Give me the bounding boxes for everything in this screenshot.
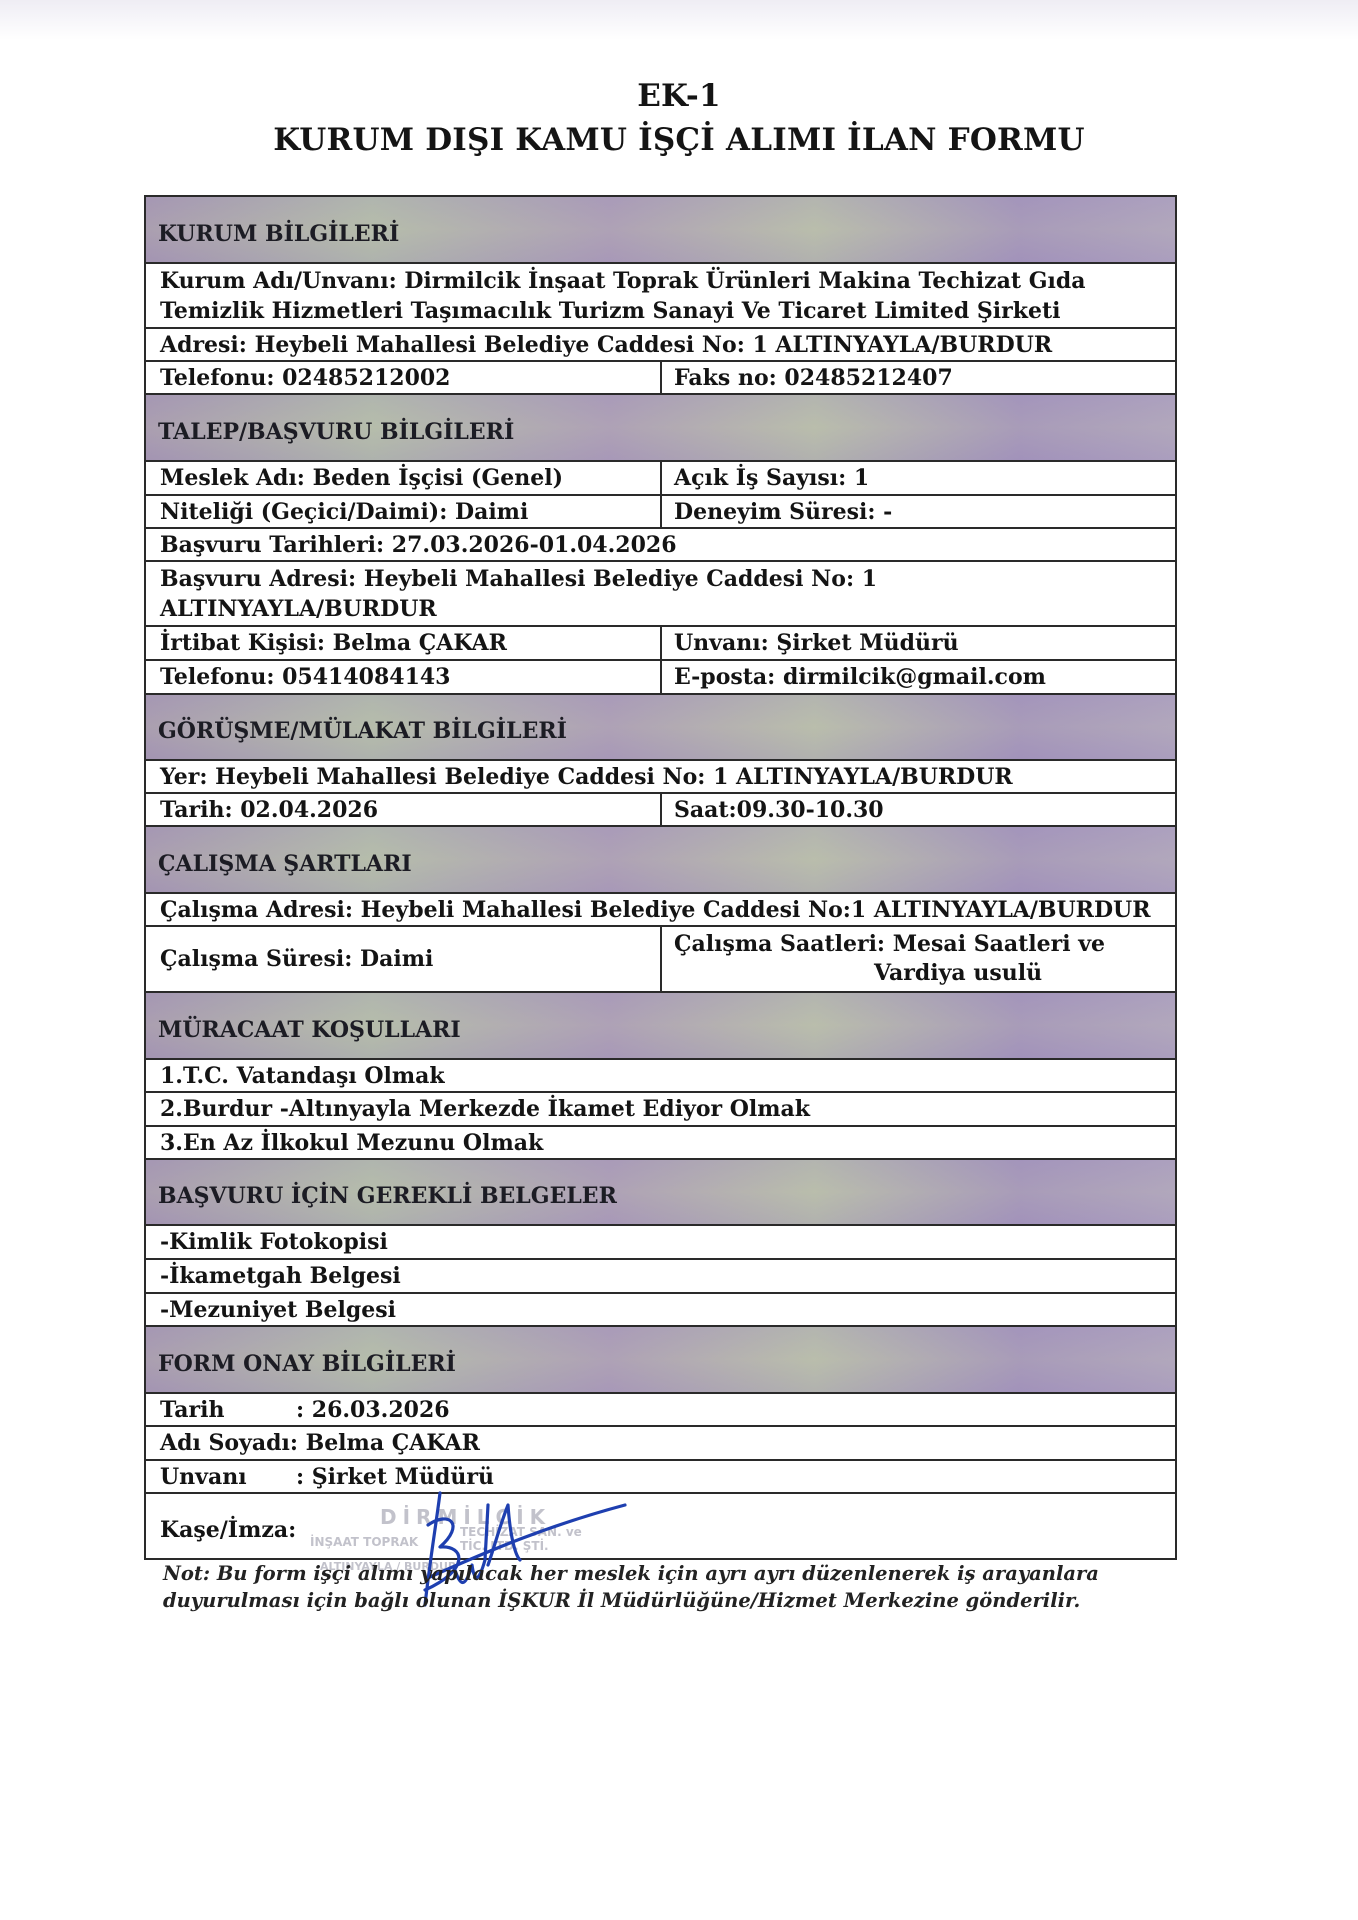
work-duration-row: Çalışma Süresi: Daimi Çalışma Saatleri: … bbox=[146, 925, 1175, 991]
section-header-talep: TALEP/BAŞVURU BİLGİLERİ bbox=[146, 393, 1175, 460]
section-header-kurum: KURUM BİLGİLERİ bbox=[146, 197, 1175, 262]
document-item: -Kimlik Fotokopisi bbox=[146, 1224, 1175, 1258]
stamp-signature-label: Kaşe/İmza: bbox=[146, 1494, 1175, 1558]
form-title: KURUM DIŞI KAMU İŞÇİ ALIMI İLAN FORMU bbox=[0, 122, 1358, 158]
condition-item: 3.En Az İlkokul Mezunu Olmak bbox=[146, 1125, 1175, 1158]
approval-date-label: Tarih bbox=[160, 1395, 296, 1425]
announcement-form-table: KURUM BİLGİLERİ Kurum Adı/Unvanı: Dirmil… bbox=[144, 195, 1177, 1560]
contact-title: Unvanı: Şirket Müdürü bbox=[662, 627, 1175, 659]
work-address: Çalışma Adresi: Heybeli Mahallesi Beledi… bbox=[146, 894, 1175, 925]
talep-profession-row: Meslek Adı: Beden İşçisi (Genel) Açık İş… bbox=[146, 460, 1175, 494]
talep-contact-row: İrtibat Kişisi: Belma ÇAKAR Unvanı: Şirk… bbox=[146, 625, 1175, 659]
kurum-fax: Faks no: 02485212407 bbox=[662, 362, 1175, 393]
kurum-name-row: Kurum Adı/Unvanı: Dirmilcik İnşaat Topra… bbox=[146, 262, 1175, 327]
kurum-phone: Telefonu: 02485212002 bbox=[146, 362, 662, 393]
talep-phone-row: Telefonu: 05414084143 E-posta: dirmilcik… bbox=[146, 659, 1175, 693]
approval-name-label: Adı Soyadı bbox=[160, 1428, 290, 1458]
work-duration: Çalışma Süresi: Daimi bbox=[146, 927, 662, 991]
footnote: Not: Bu form işçi alımı yapılacak her me… bbox=[163, 1560, 1213, 1614]
kurum-name-line2: Temizlik Hizmetleri Taşımacılık Turizm S… bbox=[160, 296, 1060, 326]
approval-date-value: : 26.03.2026 bbox=[296, 1395, 450, 1425]
work-address-row: Çalışma Adresi: Heybeli Mahallesi Beledi… bbox=[146, 892, 1175, 925]
kurum-contact-row: Telefonu: 02485212002 Faks no: 024852124… bbox=[146, 360, 1175, 393]
profession: Meslek Adı: Beden İşçisi (Genel) bbox=[146, 462, 662, 494]
document-item: -Mezuniyet Belgesi bbox=[146, 1292, 1175, 1325]
talep-dates-row: Başvuru Tarihleri: 27.03.2026-01.04.2026 bbox=[146, 527, 1175, 560]
section-header-onay: FORM ONAY BİLGİLERİ bbox=[146, 1325, 1175, 1392]
stamp-signature-row: Kaşe/İmza: bbox=[146, 1492, 1175, 1558]
interview-datetime-row: Tarih: 02.04.2026 Saat:09.30-10.30 bbox=[146, 792, 1175, 825]
contact-person: İrtibat Kişisi: Belma ÇAKAR bbox=[146, 627, 662, 659]
approval-title-row: Unvanı : Şirket Müdürü bbox=[146, 1459, 1175, 1492]
open-positions: Açık İş Sayısı: 1 bbox=[662, 462, 1175, 494]
section-header-belgeler: BAŞVURU İÇİN GEREKLİ BELGELER bbox=[146, 1158, 1175, 1224]
scan-artifact bbox=[0, 0, 1358, 40]
experience: Deneyim Süresi: - bbox=[662, 496, 1175, 527]
job-nature: Niteliği (Geçici/Daimi): Daimi bbox=[146, 496, 662, 527]
kurum-name-line1: Kurum Adı/Unvanı: Dirmilcik İnşaat Topra… bbox=[160, 266, 1085, 296]
condition-item: 2.Burdur -Altınyayla Merkezde İkamet Edi… bbox=[146, 1091, 1175, 1125]
talep-nature-row: Niteliği (Geçici/Daimi): Daimi Deneyim S… bbox=[146, 494, 1175, 527]
interview-time: Saat:09.30-10.30 bbox=[662, 794, 1175, 825]
application-address-line1: Başvuru Adresi: Heybeli Mahallesi Beledi… bbox=[160, 564, 877, 594]
section-header-gorusme: GÖRÜŞME/MÜLAKAT BİLGİLERİ bbox=[146, 693, 1175, 759]
annex-label: EK-1 bbox=[0, 78, 1358, 114]
approval-title-label: Unvanı bbox=[160, 1462, 296, 1492]
interview-place: Yer: Heybeli Mahallesi Belediye Caddesi … bbox=[146, 761, 1175, 792]
section-header-calisma: ÇALIŞMA ŞARTLARI bbox=[146, 825, 1175, 892]
approval-name-value: : Belma ÇAKAR bbox=[290, 1428, 480, 1458]
contact-email: E-posta: dirmilcik@gmail.com bbox=[662, 661, 1175, 693]
kurum-address-row: Adresi: Heybeli Mahallesi Belediye Cadde… bbox=[146, 327, 1175, 360]
application-dates: Başvuru Tarihleri: 27.03.2026-01.04.2026 bbox=[146, 529, 1175, 560]
section-header-muracaat: MÜRACAAT KOŞULLARI bbox=[146, 991, 1175, 1058]
talep-address-row: Başvuru Adresi: Heybeli Mahallesi Beledi… bbox=[146, 560, 1175, 625]
approval-date-row: Tarih : 26.03.2026 bbox=[146, 1392, 1175, 1425]
condition-item: 1.T.C. Vatandaşı Olmak bbox=[146, 1058, 1175, 1091]
work-hours-line1: Çalışma Saatleri: Mesai Saatleri ve bbox=[674, 930, 1105, 959]
document-item: -İkametgah Belgesi bbox=[146, 1258, 1175, 1292]
interview-place-row: Yer: Heybeli Mahallesi Belediye Caddesi … bbox=[146, 759, 1175, 792]
application-address-line2: ALTINYAYLA/BURDUR bbox=[160, 594, 437, 624]
interview-date: Tarih: 02.04.2026 bbox=[146, 794, 662, 825]
approval-name-row: Adı Soyadı : Belma ÇAKAR bbox=[146, 1425, 1175, 1459]
approval-title-value: : Şirket Müdürü bbox=[296, 1462, 494, 1492]
contact-phone: Telefonu: 05414084143 bbox=[146, 661, 662, 693]
work-hours-line2: Vardiya usulü bbox=[674, 959, 1042, 988]
kurum-address: Adresi: Heybeli Mahallesi Belediye Cadde… bbox=[146, 329, 1175, 360]
